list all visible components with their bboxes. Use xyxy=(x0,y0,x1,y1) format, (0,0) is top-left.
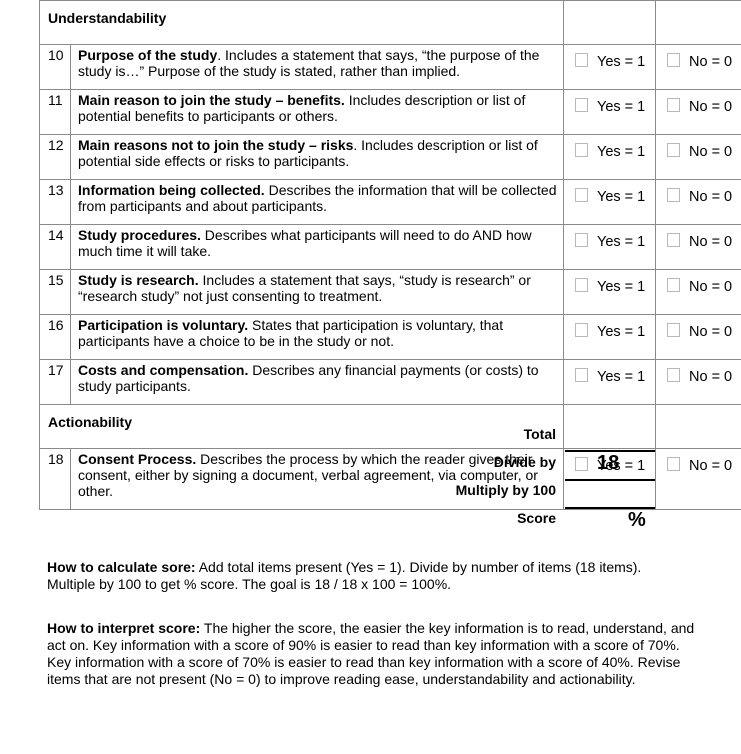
yes-label: Yes = 1 xyxy=(597,144,645,160)
yes-checkbox[interactable] xyxy=(575,368,588,382)
score-row: Score % xyxy=(0,510,741,534)
no-option[interactable]: No = 0 xyxy=(656,270,741,315)
no-option[interactable]: No = 0 xyxy=(656,360,741,405)
item-description: Information being collected. Describes t… xyxy=(71,180,564,225)
no-label: No = 0 xyxy=(689,234,732,250)
item-title: Costs and compensation. xyxy=(78,362,248,378)
yes-checkbox[interactable] xyxy=(575,98,588,112)
item-title: Study procedures. xyxy=(78,227,201,243)
no-option[interactable]: No = 0 xyxy=(656,180,741,225)
no-option[interactable]: No = 0 xyxy=(656,135,741,180)
interpret-title: How to interpret score: xyxy=(47,620,200,636)
yes-option[interactable]: Yes = 1 xyxy=(564,360,656,405)
item-title: Purpose of the study xyxy=(78,47,217,63)
checklist-row: 17 Costs and compensation. Describes any… xyxy=(40,360,741,405)
item-number: 14 xyxy=(40,225,71,270)
item-number: 13 xyxy=(40,180,71,225)
no-checkbox[interactable] xyxy=(667,323,680,337)
yes-checkbox[interactable] xyxy=(575,188,588,202)
score-label: Score xyxy=(517,510,556,526)
divide-line xyxy=(565,479,655,481)
item-title: Participation is voluntary. xyxy=(78,317,248,333)
section-title: Understandability xyxy=(40,1,564,45)
score-value[interactable]: % xyxy=(628,509,646,532)
yes-option[interactable]: Yes = 1 xyxy=(564,90,656,135)
item-number: 15 xyxy=(40,270,71,315)
no-label: No = 0 xyxy=(689,369,732,385)
yes-checkbox[interactable] xyxy=(575,233,588,247)
yes-label: Yes = 1 xyxy=(597,279,645,295)
no-label: No = 0 xyxy=(689,144,732,160)
item-number: 17 xyxy=(40,360,71,405)
item-title: Study is research. xyxy=(78,272,199,288)
no-option[interactable]: No = 0 xyxy=(656,225,741,270)
checklist-row: 15 Study is research. Includes a stateme… xyxy=(40,270,741,315)
total-label: Total xyxy=(524,426,556,442)
no-checkbox[interactable] xyxy=(667,368,680,382)
item-number: 16 xyxy=(40,315,71,360)
yes-checkbox[interactable] xyxy=(575,53,588,67)
no-checkbox[interactable] xyxy=(667,98,680,112)
no-label: No = 0 xyxy=(689,324,732,340)
item-number: 10 xyxy=(40,45,71,90)
yes-label: Yes = 1 xyxy=(597,234,645,250)
divide-label: Divide by xyxy=(494,454,556,470)
no-checkbox[interactable] xyxy=(667,143,680,157)
item-description: Purpose of the study. Includes a stateme… xyxy=(71,45,564,90)
no-label: No = 0 xyxy=(689,99,732,115)
checklist-row: 14 Study procedures. Describes what part… xyxy=(40,225,741,270)
yes-checkbox[interactable] xyxy=(575,323,588,337)
yes-option[interactable]: Yes = 1 xyxy=(564,135,656,180)
no-checkbox[interactable] xyxy=(667,233,680,247)
no-checkbox[interactable] xyxy=(667,278,680,292)
yes-checkbox[interactable] xyxy=(575,143,588,157)
multiply-row: Multiply by 100 xyxy=(0,482,741,506)
checklist-row: 16 Participation is voluntary. States th… xyxy=(40,315,741,360)
yes-option[interactable]: Yes = 1 xyxy=(564,315,656,360)
yes-label: Yes = 1 xyxy=(597,189,645,205)
no-checkbox[interactable] xyxy=(667,53,680,67)
calculate-instructions: How to calculate sore: Add total items p… xyxy=(47,559,687,593)
yes-option[interactable]: Yes = 1 xyxy=(564,45,656,90)
no-option[interactable]: No = 0 xyxy=(656,45,741,90)
interpret-instructions: How to interpret score: The higher the s… xyxy=(47,620,697,688)
divide-row: Divide by 18 xyxy=(0,454,741,478)
no-label: No = 0 xyxy=(689,189,732,205)
checklist-row: 10 Purpose of the study. Includes a stat… xyxy=(40,45,741,90)
item-description: Study is research. Includes a statement … xyxy=(71,270,564,315)
item-description: Participation is voluntary. States that … xyxy=(71,315,564,360)
checklist-row: 12 Main reasons not to join the study – … xyxy=(40,135,741,180)
divide-value: 18 xyxy=(597,452,619,475)
no-label: No = 0 xyxy=(689,279,732,295)
item-description: Main reason to join the study – benefits… xyxy=(71,90,564,135)
yes-option[interactable]: Yes = 1 xyxy=(564,270,656,315)
item-title: Main reasons not to join the study – ris… xyxy=(78,137,353,153)
no-checkbox[interactable] xyxy=(667,188,680,202)
yes-checkbox[interactable] xyxy=(575,278,588,292)
item-title: Information being collected. xyxy=(78,182,265,198)
no-label: No = 0 xyxy=(689,54,732,70)
item-description: Study procedures. Describes what partici… xyxy=(71,225,564,270)
item-title: Main reason to join the study – benefits… xyxy=(78,92,345,108)
item-number: 11 xyxy=(40,90,71,135)
yes-label: Yes = 1 xyxy=(597,99,645,115)
multiply-label: Multiply by 100 xyxy=(456,482,556,498)
calculate-title: How to calculate sore: xyxy=(47,559,196,575)
yes-option[interactable]: Yes = 1 xyxy=(564,225,656,270)
section-header-understandability: Understandability xyxy=(40,1,741,45)
no-option[interactable]: No = 0 xyxy=(656,315,741,360)
checklist-row: 13 Information being collected. Describe… xyxy=(40,180,741,225)
checklist-row: 11 Main reason to join the study – benef… xyxy=(40,90,741,135)
no-option[interactable]: No = 0 xyxy=(656,90,741,135)
item-description: Main reasons not to join the study – ris… xyxy=(71,135,564,180)
yes-label: Yes = 1 xyxy=(597,369,645,385)
total-row: Total xyxy=(0,426,741,450)
yes-label: Yes = 1 xyxy=(597,324,645,340)
item-number: 12 xyxy=(40,135,71,180)
yes-option[interactable]: Yes = 1 xyxy=(564,180,656,225)
item-description: Costs and compensation. Describes any fi… xyxy=(71,360,564,405)
yes-label: Yes = 1 xyxy=(597,54,645,70)
